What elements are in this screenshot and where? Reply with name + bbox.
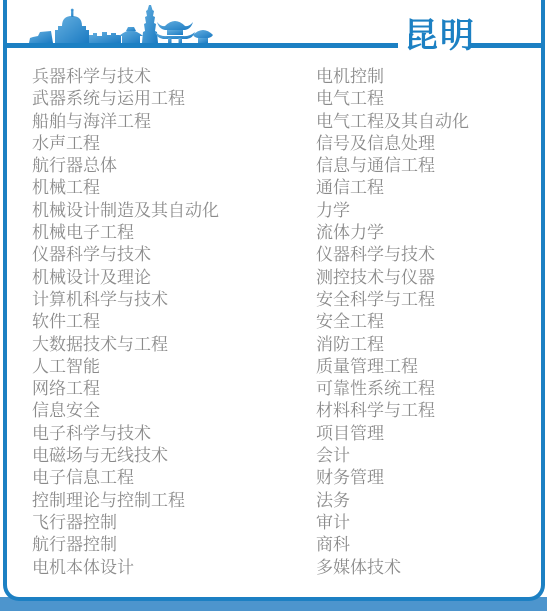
major-item: 电子科学与技术 (32, 423, 316, 445)
major-item: 通信工程 (316, 177, 537, 199)
major-item: 航行器总体 (32, 155, 316, 177)
major-item: 测控技术与仪器 (316, 267, 537, 289)
header-rule-right (468, 43, 541, 48)
major-item: 电气工程及其自动化 (316, 111, 537, 133)
major-item: 兵器科学与技术 (32, 66, 316, 88)
major-item: 人工智能 (32, 356, 316, 378)
major-item: 电磁场与无线技术 (32, 445, 316, 467)
major-item: 船舶与海洋工程 (32, 111, 316, 133)
major-item: 安全科学与工程 (316, 289, 537, 311)
major-item: 仪器科学与技术 (316, 244, 537, 266)
major-item: 消防工程 (316, 334, 537, 356)
major-item: 电子信息工程 (32, 467, 316, 489)
major-item: 水声工程 (32, 133, 316, 155)
major-item: 质量管理工程 (316, 356, 537, 378)
major-item: 会计 (316, 445, 537, 467)
major-item: 武器系统与运用工程 (32, 88, 316, 110)
major-item: 电机本体设计 (32, 557, 316, 579)
header-rule-left (7, 43, 398, 48)
city-name-label: 昆明 (404, 18, 476, 54)
major-item: 信息安全 (32, 400, 316, 422)
majors-list: 兵器科学与技术武器系统与运用工程船舶与海洋工程水声工程航行器总体机械工程机械设计… (32, 66, 537, 579)
major-item: 财务管理 (316, 467, 537, 489)
majors-column-right: 电机控制电气工程电气工程及其自动化信号及信息处理信息与通信工程通信工程力学流体力… (316, 66, 537, 579)
major-item: 材料科学与工程 (316, 400, 537, 422)
major-item: 审计 (316, 512, 537, 534)
city-majors-card: 昆明 兵器科学与技术武器系统与运用工程船舶与海洋工程水声工程航行器总体机械工程机… (3, 0, 545, 601)
major-item: 电气工程 (316, 88, 537, 110)
major-item: 信息与通信工程 (316, 155, 537, 177)
major-item: 仪器科学与技术 (32, 244, 316, 266)
major-item: 航行器控制 (32, 534, 316, 556)
major-item: 信号及信息处理 (316, 133, 537, 155)
major-item: 机械设计制造及其自动化 (32, 200, 316, 222)
major-item: 流体力学 (316, 222, 537, 244)
major-item: 电机控制 (316, 66, 537, 88)
major-item: 机械电子工程 (32, 222, 316, 244)
majors-column-left: 兵器科学与技术武器系统与运用工程船舶与海洋工程水声工程航行器总体机械工程机械设计… (32, 66, 316, 579)
major-item: 力学 (316, 200, 537, 222)
city-skyline-icon (29, 5, 214, 43)
major-item: 安全工程 (316, 311, 537, 333)
major-item: 软件工程 (32, 311, 316, 333)
major-item: 可靠性系统工程 (316, 378, 537, 400)
major-item: 机械工程 (32, 177, 316, 199)
major-item: 飞行器控制 (32, 512, 316, 534)
major-item: 控制理论与控制工程 (32, 490, 316, 512)
major-item: 法务 (316, 490, 537, 512)
major-item: 大数据技术与工程 (32, 334, 316, 356)
major-item: 机械设计及理论 (32, 267, 316, 289)
major-item: 计算机科学与技术 (32, 289, 316, 311)
major-item: 网络工程 (32, 378, 316, 400)
major-item: 商科 (316, 534, 537, 556)
major-item: 多媒体技术 (316, 557, 537, 579)
major-item: 项目管理 (316, 423, 537, 445)
